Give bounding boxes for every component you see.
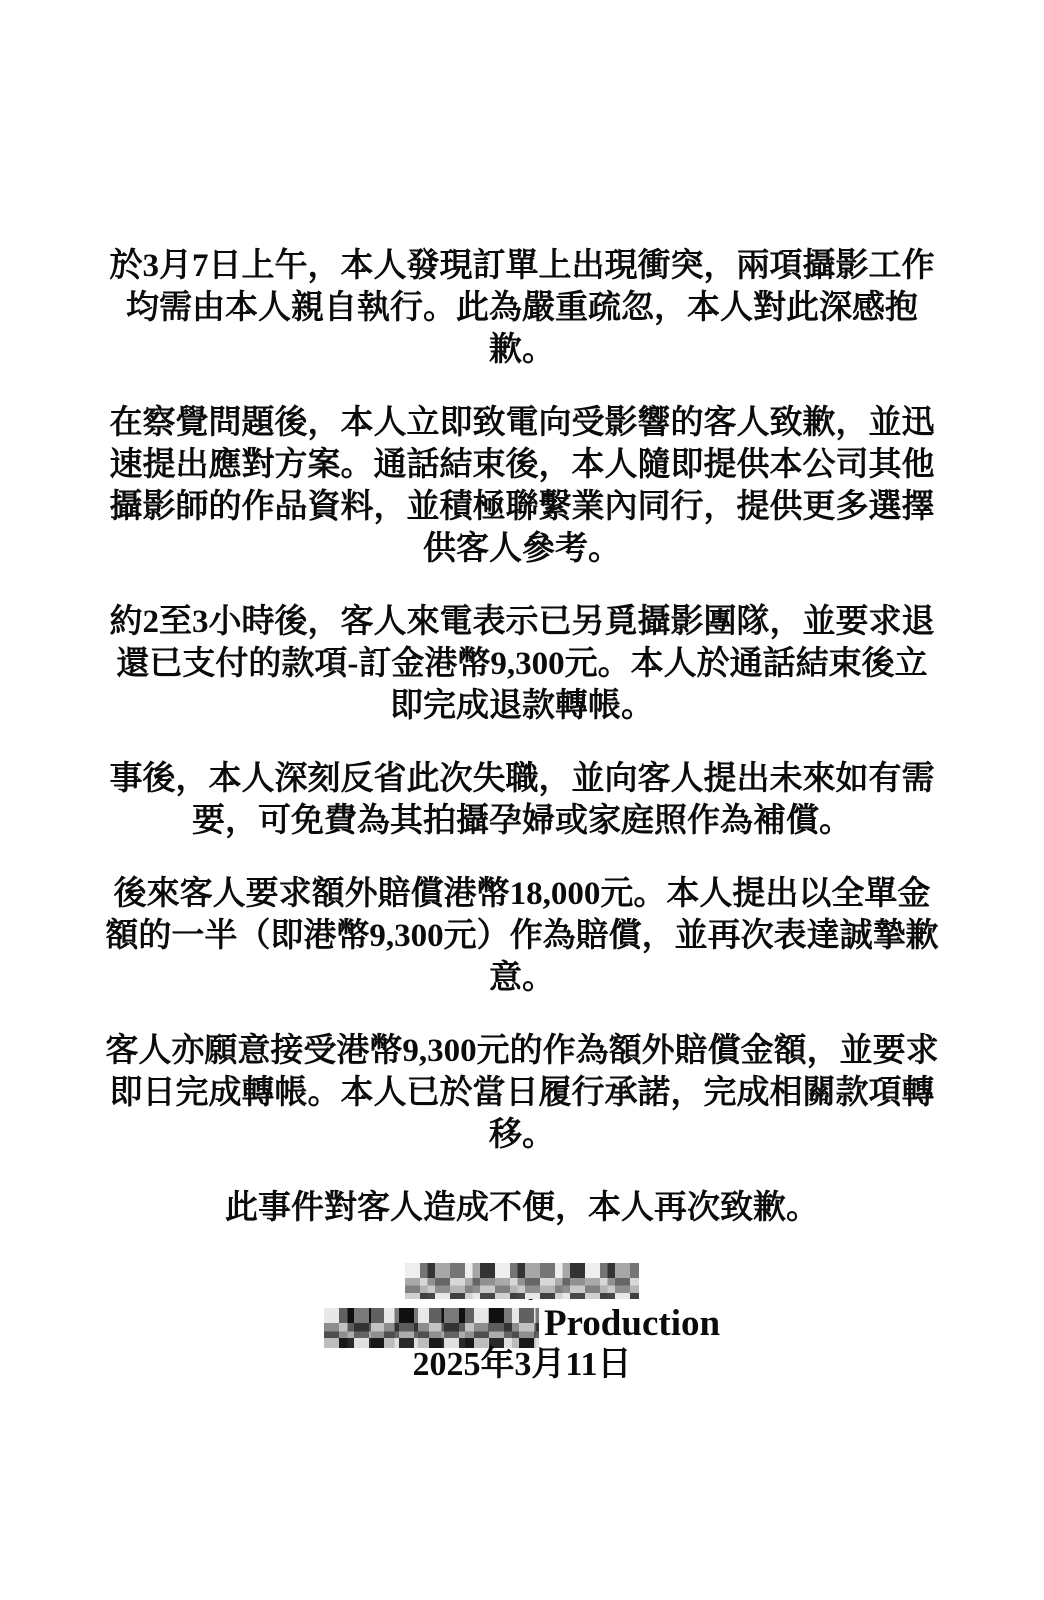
- paragraph-refund: 約2至3小時後，客人來電表示已另覓攝影團隊，並要求退還已支付的款項-訂金港幣9,…: [104, 601, 940, 727]
- paragraph-compensation-offer: 後來客人要求額外賠償港幣18,000元。本人提出以全單金額的一半（即港幣9,30…: [104, 873, 940, 999]
- signature-line-2: Production: [104, 1302, 940, 1344]
- signature-block: y Production 2025年3月11日: [104, 1260, 940, 1386]
- paragraph-closing-apology: 此事件對客人造成不便，本人再次致歉。: [104, 1187, 940, 1229]
- redacted-signature-name: [405, 1263, 639, 1299]
- signature-date: 2025年3月11日: [104, 1344, 940, 1386]
- paragraph-response: 在察覺問題後，本人立即致電向受影響的客人致歉，並迅速提出應對方案。通話結束後，本…: [104, 402, 940, 570]
- paragraph-incident: 於3月7日上午，本人發現訂單上出現衝突，兩項攝影工作均需由本人親自執行。此為嚴重…: [104, 245, 940, 371]
- redacted-company-name: [324, 1308, 539, 1348]
- paragraph-reflection: 事後，本人深刻反省此次失職，並向客人提出未來如有需要，可免費為其拍攝孕婦或家庭照…: [104, 758, 940, 842]
- signature-line-1: y: [104, 1260, 940, 1302]
- apology-letter: 於3月7日上午，本人發現訂單上出現衝突，兩項攝影工作均需由本人親自執行。此為嚴重…: [104, 0, 940, 1386]
- paragraph-compensation-settled: 客人亦願意接受港幣9,300元的作為額外賠償金額，並要求即日完成轉帳。本人已於當…: [104, 1030, 940, 1156]
- company-suffix-label: Production: [544, 1304, 720, 1344]
